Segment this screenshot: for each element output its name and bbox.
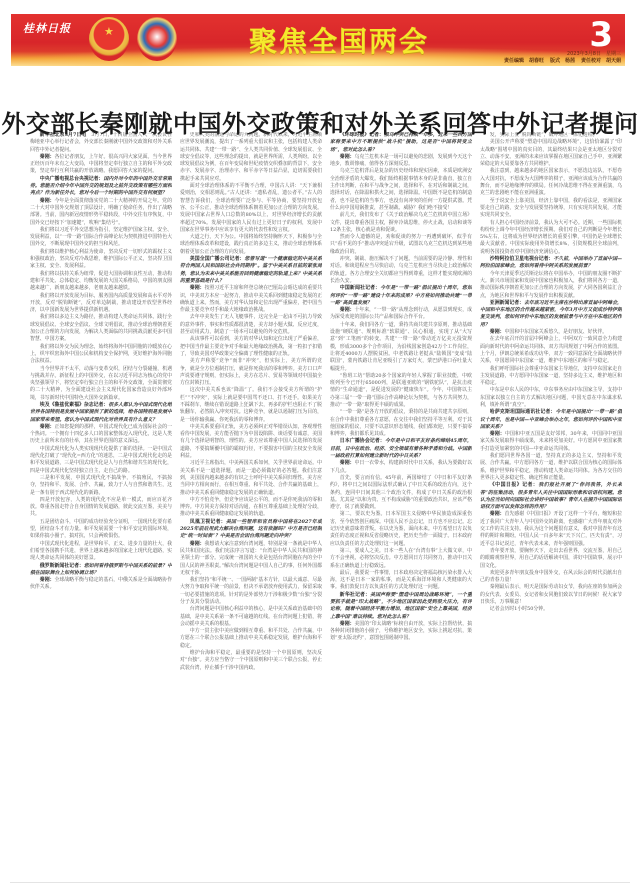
reporter-question: 埃及《鲁兹优素福》杂志记者：很多人都认为中国式现代化给世界各国特别是发展中国家提… bbox=[30, 402, 172, 424]
body-paragraph: 五是团结奋斗，中国的成功经验充分证明，一国现代化要有希望，团结奋斗才有力量。和平… bbox=[30, 519, 172, 541]
reporter-name: 凤凰卫视记者： bbox=[190, 519, 226, 525]
body-paragraph: 从该事件可以看到，美方的对华认知和定位出现了严重偏差，把中国当作最主要竞争对手和… bbox=[180, 336, 322, 358]
paragraph-text: 从该事件可以看到，美方的对华认知和定位出现了严重偏差，把中国当作最主要竞争对手和… bbox=[180, 336, 322, 357]
minister-answer: 秦刚：正如您提到的那样，中国式现代化已成为国际社会的一个热词。一个拥有十四亿多人… bbox=[30, 424, 172, 446]
reporter-question: 沙特阿拉伯卫星电视台记者：不久前，中国举办了首届中国—阿拉伯国家峰会，您如何看待… bbox=[480, 256, 622, 271]
minister-answer: 秦刚：中日一衣带水，构建新时代中日关系，我认为要做好以下几点。 bbox=[330, 460, 472, 475]
speaker-name: 秦刚： bbox=[190, 541, 205, 547]
body-paragraph: 中方一贯主张中美应做到相互尊重、和平共处、合作共赢，中方愿在三个联合公报基础上推… bbox=[180, 628, 322, 650]
paragraph-text: 美方声称要“竞争”而非“冲突”，但实际上，美方所谓的竞争，就是全方位遏制打压，就… bbox=[180, 358, 322, 386]
body-paragraph: 面对全球治理体系的不平衡不合理，中国古人讲：“天下兼相爱则治，交相恶则乱。”古人… bbox=[180, 183, 322, 234]
paragraph-text: 今年天津夏季达沃斯论坛将在中国举办，中国的朋友圈不断扩大。新兴市场国家和发展中国… bbox=[480, 271, 622, 299]
reporter-question: 新华社记者：美国声称要“塑造中国周边战略环境”，一个重要抓手就是“印太战略”，不… bbox=[330, 592, 472, 621]
reporter-question: 亚洲新闻记者：去年底习近平主席在沙特出席首届中阿峰会，中国和中东地区的合作越来越… bbox=[480, 300, 622, 329]
paragraph-text: 去年中美发生了无人飞艇事件，这完全是一起由不可抗力导致的意外事件，事实和性质都很… bbox=[180, 314, 322, 335]
reporter-name: 俄罗斯新闻社记者： bbox=[40, 563, 84, 569]
body-paragraph: 我们将以扶持关系为纽带，促进大国协调和良性互动，推动构建和平共处、总体稳定、均衡… bbox=[30, 271, 172, 293]
minister-answer: 秦刚：全球战略平衡与稳定的基石，中俄关系是全面战略协作伙伴关系。 bbox=[30, 577, 172, 592]
body-paragraph: 冲突、制裁、施压解决不了问题。当前需要的是冷静、理性和对话。和谈进程应当尽快启动… bbox=[330, 256, 472, 285]
speaker-name: 秦刚： bbox=[40, 577, 55, 583]
body-paragraph: 当今世界并不太平，动荡与变革交织，团结与分裂碰撞，机遇与挑战并存。新征程上的中国… bbox=[30, 366, 172, 402]
paragraph-text: 习近平主席指出，中美两国关系如何，关乎世界前途命运。中美关系不是一道选择题，而是… bbox=[180, 460, 322, 495]
reporter-name: 中国新闻社记者： bbox=[340, 285, 380, 291]
credit-editor: 责任编辑 胡春旺 bbox=[504, 57, 544, 64]
paragraph-text: 史和人类的前途与命运的大问题。新时代以来，习近平主席顺应世界发展潮流，提出了一系… bbox=[180, 132, 322, 182]
reporter-question: 哈萨克斯坦国际通讯社记者：今年是中国提出“一带一路”倡议十周年，也是中国—中亚峰… bbox=[480, 409, 622, 431]
paragraph-text: 第三，要成人之美。日本一些人在“台湾有事”上大做文章，中方不会坐视，必将坚决反击… bbox=[330, 548, 472, 569]
reporter-question: 凤凰卫视记者：美国一些智库和官员称中国将在2027年或2025年前后用武力解决台… bbox=[180, 519, 322, 541]
national-emblem-icon: ★ bbox=[89, 17, 129, 61]
minister-answer: 秦刚：按照习近平主席和拜登总统在巴厘岛会晤达成的重要共识，中美双方本应一起努力，… bbox=[180, 285, 322, 314]
speaker-name: 秦刚： bbox=[340, 621, 355, 627]
paragraph-text: 中美关系要重回正轨，美方必须纠正对华错误认知，客观理性看待中国发展，美方能否抛下… bbox=[180, 424, 322, 459]
body-paragraph: 中美关系要重回正轨，美方必须纠正对华错误认知，客观理性看待中国发展，美方能否抛下… bbox=[180, 424, 322, 460]
minister-answer: 秦刚：乌克兰危机本是一场可以避免的悲剧，发展到今天这个地步，教训惨痛，值得各方深… bbox=[330, 154, 472, 169]
body-paragraph: 青年要开放，要胸怀天下，走出去看世界，交流互鉴，用自己的眼睛观察世界，用自己的话… bbox=[480, 548, 622, 570]
paragraph-text: 大道之行，天下为公。中国将始终坚持胸怀天下，积极参与全球治理体系改革和建设，践行… bbox=[180, 234, 322, 255]
body-paragraph: 台湾问题是中国核心利益中的核心，是中美关系政治基础中的基础，是中美关系第一条不可… bbox=[180, 606, 322, 628]
body-paragraph: 我们坚持“和平统一、一国两制”基本方针，以最大诚意、尽最大努力争取和平统一的前景… bbox=[180, 577, 322, 606]
body-paragraph: 我注意到，越来越多的地区国家表示，不愿选边站队，不愿卷入大国对抗，不愿成为大国博… bbox=[480, 168, 622, 197]
body-paragraph: 在去年底召开的首届中阿峰会上，中阿双方一致同意全力构建面向新时代的中阿命运共同体… bbox=[480, 336, 622, 365]
paragraph-text: 发，实际上要“脱钩断链”，破坏地区一体化进程。 bbox=[490, 132, 598, 138]
body-paragraph: 史和人类的前途与命运的大问题。新时代以来，习近平主席顺应世界发展潮流，提出了一系… bbox=[180, 132, 322, 183]
reporter-name: 埃及《鲁兹优素福》杂志记者： bbox=[40, 402, 109, 408]
speaker-name: 秦刚： bbox=[40, 198, 55, 204]
paragraph-text: 中方一贯主张中美应做到相互尊重、和平共处、合作共赢，中方愿在三个联合公报基础上推… bbox=[180, 628, 322, 649]
speaker-name: 秦刚： bbox=[190, 285, 205, 291]
body-paragraph: 前几天，我们发布了《关于政治解决乌克兰危机的中国立场》文件，提出尊重各国主权，摒… bbox=[330, 212, 472, 234]
reporter-name: 新华社记者： bbox=[340, 592, 370, 598]
paragraph-text: 五是团结奋斗，中国的成功经验充分证明，一国现代化要有希望，团结奋斗才有力量。和平… bbox=[30, 519, 172, 540]
reporter-question: 中国新闻社记者：今年是“一带一路”倡议提出十周年，您如何评价“一带一路”建设十年… bbox=[330, 285, 472, 307]
minister-answer: 秦刚：今年是全面贯彻落实党的二十大精神的开局之年。党的二十大对中国外交规划了顶层… bbox=[30, 198, 172, 227]
paragraph-text: 最后，我要说一件事情，日本政府决定将福岛核污染水排入大海，这不是日本一家的私事，… bbox=[330, 570, 472, 591]
paragraph-text: 欢迎更多青年朋友投身中国外交，在风云际会的时代贡献出自己的青春力量！ bbox=[480, 570, 622, 583]
answer-text: 中国和中东国家关系悠久，是好朋友、好伙伴。 bbox=[504, 329, 607, 335]
body-paragraph: 有人担心中国经济前景，我认为大可不必。近期，一些国际机构纷纷上调今年中国经济增长… bbox=[480, 220, 622, 256]
reporter-question: 中央广播电视总台央视记者：国内外对今年的中国外交非常期待。您能否介绍今年中国外交… bbox=[30, 176, 172, 198]
paragraph-text: 我们愿同世界各国一道，坚持真正的多边主义，坚持和平发展、合作共赢。中方愿同各方一… bbox=[480, 453, 622, 481]
body-paragraph: 我们将以习近平外交思想为指引，坚定维护国家主权、安全、发展利益，以“一带一路”国… bbox=[30, 227, 172, 249]
body-paragraph: 记者会历时1小时50分钟。 bbox=[480, 606, 622, 613]
body-paragraph: 第二，要以史为鉴。日本军国主义侵略中华民族造成深重伤害，至今依然创巨痛深。中国人… bbox=[330, 511, 472, 547]
reporter-question: 俄罗斯新闻社记者：您如何看待俄罗斯与中国关系的前景？中俄在国际舞台上如何协调立场… bbox=[30, 563, 172, 578]
body-paragraph: 最后，我要说一件事情，日本政府决定将福岛核污染水排入大海，这不是日本一家的私事，… bbox=[330, 570, 472, 592]
speaker-name: 秦刚： bbox=[490, 431, 505, 437]
body-paragraph: 首先，要言而有信。45年前，两国缔结了《中日和平友好条约》，将中日之间以国际法形… bbox=[330, 475, 472, 511]
body-paragraph: 我们将以外交为民为理念，始终将海外中国同胞的冷暖放在心上，织牢织密海外中国公民和… bbox=[30, 344, 172, 366]
body-paragraph: 我们将以多边主义为路径，推动构建人类命运共同体，践行全球发展倡议、全球安全倡议、… bbox=[30, 314, 172, 343]
speaker-name: 秦刚： bbox=[40, 424, 55, 430]
reporter-name: 《环球时报》记者： bbox=[340, 132, 384, 138]
paragraph-text: 在去年底召开的首届中阿峰会上，中阿双方一致同意全力构建面向新时代的中阿命运共同体… bbox=[480, 336, 622, 364]
article-column-3: 《环球时报》记者：俄乌冲突已持续一年多，近来一些西方国家称要来中方不断提供“战斗… bbox=[330, 132, 472, 878]
body-paragraph: 第三，要成人之美。日本一些人在“台湾有事”上大做文章，中方不会坐视，必将坚决反击… bbox=[330, 548, 472, 570]
paragraph-text: “鲁班工坊”帮助20多个国家的年轻人掌握了职业技能，中欧班列至今已开行65000… bbox=[330, 373, 472, 408]
paragraph-text: 我注意到，越来越多的地区国家表示，不愿选边站队，不愿卷入大国对抗，不愿成为大国博… bbox=[480, 168, 622, 196]
body-paragraph: “一带一路”是各方开放的倡议，秉持的是共商共建共享原则，在合作中我们尊重各方意愿… bbox=[330, 409, 472, 438]
editor-credits: 责任编辑 胡春旺 版式 杨茜 责任校对 胡天娟 bbox=[504, 57, 621, 64]
article-column-1: 新华社北京3月7日电 3月7日，十四届全国人大一次会议在梅地亚中心举行记者会，外… bbox=[30, 132, 172, 878]
paragraph-text: 中国式现代化为人类实现现代化提供了新的选择。一是中国式现代化打破了“现代化=西方… bbox=[30, 446, 172, 474]
reporter-question: 日本广播协会记者：今年是中日和平友好条约缔结45周年，目前，日中在政治、经济、安… bbox=[330, 438, 472, 460]
page-masthead: 桂林日报 ★ 聚焦全国两会 3 2023年3月8日 星期三 责任编辑 胡春旺 版… bbox=[11, 14, 625, 66]
body-paragraph: “鲁班工坊”帮助20多个国家的年轻人掌握了职业技能，中欧班列至今已开行65000… bbox=[330, 373, 472, 409]
paragraph-text: 我们将以维护核心利益为使命，坚决反对一切形式的霸权主义和强权政治，坚决反对冷战思… bbox=[30, 249, 172, 270]
paragraph-text: 中东是中东人民的中东，中东事务应由中东国家主导，支持中东国家以独立自主的方式解决… bbox=[480, 387, 622, 408]
paragraph-text: 我们将以习近平外交思想为指引，坚定维护国家主权、安全、发展利益，以“一带一路”国… bbox=[30, 227, 172, 248]
newspaper-name: 桂林日报 bbox=[23, 20, 71, 36]
minister-answer: 秦刚：十年来，“一带一路”从理念到行动，从愿景到现实，成为深受欢迎的国际公共产品… bbox=[330, 307, 472, 322]
body-paragraph: 大道之行，天下为公。中国将始终坚持胸怀天下，积极参与全球治理体系改革和建设，践行… bbox=[180, 234, 322, 256]
reporter-name: 亚洲新闻记者： bbox=[490, 300, 524, 306]
paragraph-text: 我们呼吁国际社会尊重中东国家主导地位，支持中东国家走自主发展道路，中方愿同中东国… bbox=[480, 366, 622, 387]
minister-answer: 秦刚：我想请大家注意到台湾问题，特别是第一条就是中华人民共和国宪法。我们宪法序言… bbox=[180, 541, 322, 577]
paragraph-text: 记者会历时1小时50分钟。 bbox=[490, 606, 548, 612]
reporter-question: 《环球时报》记者：俄乌冲突已持续一年多，近来一些西方国家称要来中方不断提供“战斗… bbox=[330, 132, 472, 154]
reporter-name: 哈萨克斯坦国际通讯社记者： bbox=[490, 409, 556, 415]
reporter-question: 《中国日报》记者：我们报社开展了“你问我答，外长来答”的征集活动，很多青年人关注… bbox=[480, 482, 622, 511]
speaker-name: 秦刚： bbox=[40, 154, 55, 160]
star-icon: ★ bbox=[104, 25, 114, 38]
paragraph-text: 美国公开声称要“塑造中国周边战略环境”，这恰恰暴露了“印太战略”围堵中国的真实目… bbox=[480, 139, 622, 167]
minister-answer: 秦刚：美国的“印太战略”标榜自由开放，实际上拉帮结伙，搞各种封闭排他的小圈子，号… bbox=[330, 621, 472, 643]
paragraph-text: 我们坚持“和平统一、一国两制”基本方针，以最大诚意、尽最大努力争取和平统一的前景… bbox=[180, 577, 322, 605]
article-lead-paragraph: 新华社北京3月7日电 3月7日，十四届全国人大一次会议在梅地亚中心举行记者会，外… bbox=[30, 132, 172, 154]
minister-answer: 秦刚：各位记者朋友，上午好。很高兴同大家见面。当今世界正经历百年未有之大变局，中… bbox=[30, 154, 172, 176]
credit-proofreader: 责任校对 胡天娟 bbox=[581, 57, 621, 64]
body-paragraph: 我们将以开放发展为目标，服务国内高质量发展和高水平对外开放，反对“脱钩断链”，反… bbox=[30, 293, 172, 315]
minister-answer: 秦刚：中国和中亚五国是友好邻邦，30年来，中国同中亚国家关系发展取得丰硕成果，未… bbox=[480, 431, 622, 453]
body-paragraph: 我们将以维护核心利益为使命，坚决反对一切形式的霸权主义和强权政治，坚决反对冷战思… bbox=[30, 249, 172, 271]
reporter-name: 中央广播电视总台央视记者： bbox=[40, 176, 104, 182]
speaker-name: 秦刚： bbox=[340, 307, 355, 313]
body-paragraph: 我们呼吁国际社会尊重中东国家主导地位，支持中东国家走自主发展道路，中方愿同中东国… bbox=[480, 366, 622, 388]
body-paragraph: 欢迎更多青年朋友投身中国外交，在风云际会的时代贡献出自己的青春力量！ bbox=[480, 570, 622, 585]
paragraph-text: 我们将以扶持关系为纽带，促进大国协调和良性互动，推动构建和平共处、总体稳定、均衡… bbox=[30, 271, 172, 292]
body-paragraph: 中东是中东人民的中东，中东事务应由中东国家主导，支持中东国家以独立自主的方式解决… bbox=[480, 387, 622, 409]
body-paragraph: 维护台海和平稳定，最重要的是坚持一个中国原则，坚决反对“台独”。美方应当恪守一个… bbox=[180, 650, 322, 672]
paragraph-text: 维护台海和平稳定，最重要的是坚持一个中国原则，坚决反对“台独”。美方应当恪守一个… bbox=[180, 650, 322, 671]
paragraph-text: 当今世界并不太平，动荡与变革交织，团结与分裂碰撞，机遇与挑战并存。新征程上的中国… bbox=[30, 366, 172, 401]
paragraph-text: 秦刚最后表示，明天是国际劳动妇女节，我向在座的参加两会的女代表、女委员、女记者和… bbox=[480, 584, 622, 605]
article-body: 新华社北京3月7日电 3月7日，十四届全国人大一次会议在梅地亚中心举行记者会，外… bbox=[30, 132, 622, 878]
paragraph-text: 我们将以开放发展为目标，服务国内高质量发展和高水平对外开放，反对“脱钩断链”，反… bbox=[30, 293, 172, 314]
section-title: 聚焦全国两会 bbox=[249, 20, 429, 60]
article-column-4: 发，实际上要“脱钩断链”，破坏地区一体化进程。美国公开声称要“塑造中国周边战略环… bbox=[480, 132, 622, 878]
paragraph-text: “一带一路”是各方开放的倡议，秉持的是共商共建共享原则，在合作中我们尊重各方意愿… bbox=[330, 409, 472, 437]
paragraph-text: 这次中美关系也该“降温”了。我们不会接受美方所谓的“护栏”“不冲突”，实际上就是… bbox=[180, 387, 322, 422]
paragraph-text: 中国式现代化进程，是世界和平、正义、进步力量的壮大，我们希望各国携手共进，世界上… bbox=[30, 541, 172, 562]
paragraph-text: 乌克兰危机背后是复杂的历史经纬和现实因素，本质是欧洲安全治理矛盾的大爆发。我们始… bbox=[330, 168, 472, 210]
body-paragraph: 今年天津夏季达沃斯论坛将在中国举办，中国的朋友圈不断扩大。新兴市场国家和发展中国… bbox=[480, 271, 622, 300]
reporter-name: 美国全国广播公司记者： bbox=[190, 256, 245, 262]
body-paragraph: 美国公开声称要“塑造中国周边战略环境”，这恰恰暴露了“印太战略”围堵中国的真实目… bbox=[480, 139, 622, 168]
paragraph-text: 我们将以多边主义为路径，推动构建人类命运共同体，践行全球发展倡议、全球安全倡议、… bbox=[30, 314, 172, 342]
page-number: 3 bbox=[589, 15, 613, 55]
paragraph-text: 有人担心中国经济前景，我认为大可不必。近期，一些国际机构纷纷上调今年中国经济增长… bbox=[480, 220, 622, 255]
body-paragraph: 至于说安全上靠美国，经济上靠中国，我的看法是，亚洲国家要走自己的路，安全与发展要… bbox=[480, 198, 622, 220]
paragraph-text: 首先，要言而有信。45年前，两国缔结了《中日和平友好条约》，将中日之间以国际法形… bbox=[330, 475, 472, 510]
credit-layout: 版式 杨茜 bbox=[550, 57, 575, 64]
paragraph-text: 台湾问题是中国核心利益中的核心，是中美关系政治基础中的基础，是中美关系第一条不可… bbox=[180, 606, 322, 627]
cppcc-emblem-icon bbox=[137, 17, 177, 61]
paragraph-text: 冲突、制裁、施压解决不了问题。当前需要的是冷静、理性和对话。和谈进程应当尽快启动… bbox=[330, 256, 472, 284]
reporter-name: 沙特阿拉伯卫星电视台记者： bbox=[490, 256, 554, 262]
paragraph-text: 然而令人遗憾的是，劝和促谈的努力一再遭到破坏，似乎有只“看不见的手”推动冲突延宕… bbox=[330, 234, 472, 255]
body-paragraph: 中方不怕竞争，但竞争应该是公平的，而不是你死我活的零和博弈。中方同美方保持对话沟… bbox=[180, 497, 322, 519]
paragraph-text: 三是和平发展，中国式现代化不搞战争，不搞殖民，不搞掠夺，坚持和平、发展、合作、共… bbox=[30, 475, 172, 496]
paragraph-text: 第二，要以史为鉴。日本军国主义侵略中华民族造成深重伤害，至今依然创巨痛深。中国人… bbox=[330, 511, 472, 546]
body-paragraph: 三是和平发展，中国式现代化不搞战争，不搞殖民，不搞掠夺，坚持和平、发展、合作、共… bbox=[30, 475, 172, 497]
body-paragraph: 四是开放包容，人类的现代化不应是单一模式，而应百花齐放。尊重各国走符合自身国情的… bbox=[30, 497, 172, 519]
paragraph-text: 青年要开放，要胸怀天下，走出去看世界，交流互鉴，用自己的眼睛观察世界，用自己的话… bbox=[480, 548, 622, 569]
body-paragraph: 秦刚最后表示，明天是国际劳动妇女节，我向在座的参加两会的女代表、女委员、女记者和… bbox=[480, 584, 622, 606]
speaker-name: 秦刚： bbox=[490, 511, 505, 517]
body-paragraph: 美方声称要“竞争”而非“冲突”，但实际上，美方所谓的竞争，就是全方位遏制打压，就… bbox=[180, 358, 322, 387]
body-paragraph: 十年来，我们同各方一道，秉持共商共建共享原则，推动基础设施“硬联通”、规则标准“… bbox=[330, 322, 472, 373]
body-paragraph: 我们愿同世界各国一道，坚持真正的多边主义，坚持和平发展、合作共赢。中方愿同各方一… bbox=[480, 453, 622, 482]
article-column-2: 史和人类的前途与命运的大问题。新时代以来，习近平主席顺应世界发展潮流，提出了一系… bbox=[180, 132, 322, 878]
body-paragraph: 然而令人遗憾的是，劝和促谈的努力一再遭到破坏，似乎有只“看不见的手”推动冲突延宕… bbox=[330, 234, 472, 256]
reporter-name: 日本广播协会记者： bbox=[340, 438, 385, 444]
body-paragraph: 中国式现代化进程，是世界和平、正义、进步力量的壮大，我们希望各国携手共进，世界上… bbox=[30, 541, 172, 563]
dateline: 新华社北京3月7日电 bbox=[40, 132, 87, 138]
body-paragraph: 习近平主席指出，中美两国关系如何，关乎世界前途命运。中美关系不是一道选择题，而是… bbox=[180, 460, 322, 496]
body-paragraph: 中国式现代化为人类实现现代化提供了新的选择。一是中国式现代化打破了“现代化=西方… bbox=[30, 446, 172, 475]
page-bottom-rule bbox=[10, 882, 630, 883]
paragraph-text: 中方不怕竞争，但竞争应该是公平的，而不是你死我活的零和博弈。中方同美方保持对话沟… bbox=[180, 497, 322, 518]
paragraph-text: 四是开放包容，人类的现代化不应是单一模式，而应百花齐放。尊重各国走符合自身国情的… bbox=[30, 497, 172, 518]
paragraph-text: 至于说安全上靠美国，经济上靠中国，我的看法是，亚洲国家要走自己的路，安全与发展要… bbox=[480, 198, 622, 219]
minister-answer: 秦刚：首先感谢《中国日报》开设了这样一个平台，缩短和拉近了我同广大青年人与中国外… bbox=[480, 511, 622, 547]
issue-date: 2023年3月8日 星期三 bbox=[567, 50, 621, 57]
reporter-question: 美国全国广播公司记者：您曾写道“一个健康稳定的中美关系符合两国人民和国际社会共同… bbox=[180, 256, 322, 285]
speaker-name: 秦刚： bbox=[340, 154, 355, 160]
body-paragraph: 去年中美发生了无人飞艇事件，这完全是一起由不可抗力导致的意外事件，事实和性质都很… bbox=[180, 314, 322, 336]
body-paragraph: 乌克兰危机背后是复杂的历史经纬和现实因素，本质是欧洲安全治理矛盾的大爆发。我们始… bbox=[330, 168, 472, 212]
body-paragraph: 这次中美关系也该“降温”了。我们不会接受美方所谓的“护栏”“不冲突”，实际上就是… bbox=[180, 387, 322, 423]
paragraph-text: 面对全球治理体系的不平衡不合理，中国古人讲：“天下兼相爱则治，交相恶则乱。”古人… bbox=[180, 183, 322, 233]
paragraph-text: 我们将以外交为民为理念，始终将海外中国同胞的冷暖放在心上，织牢织密海外中国公民和… bbox=[30, 344, 172, 365]
reporter-name: 《中国日报》记者： bbox=[490, 482, 539, 488]
paragraph-text: 十年来，我们同各方一道，秉持共商共建共享原则，推动基础设施“硬联通”、规则标准“… bbox=[330, 322, 472, 372]
speaker-name: 秦刚： bbox=[490, 329, 505, 335]
paragraph-text: 前几天，我们发布了《关于政治解决乌克兰危机的中国立场》文件，提出尊重各国主权，摒… bbox=[330, 212, 472, 233]
speaker-name: 秦刚： bbox=[340, 460, 355, 466]
